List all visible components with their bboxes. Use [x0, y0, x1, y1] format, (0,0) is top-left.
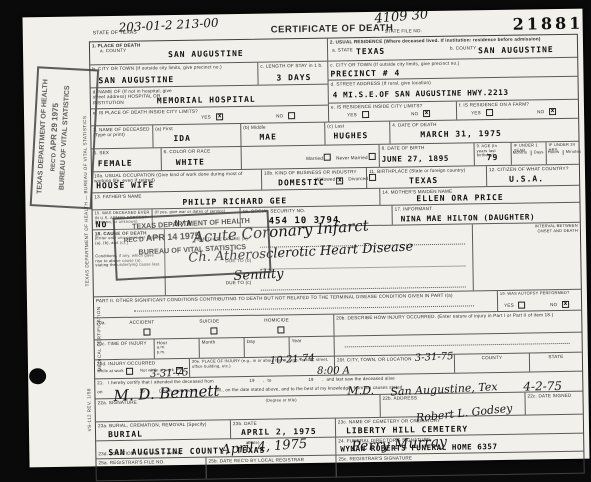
res-title: 2. USUAL RESIDENCE (Where deceased lived… [330, 36, 576, 45]
pod-yes-label: YES [201, 114, 211, 120]
business-label: 10b. KIND OF BUSINESS OR INDUSTRY [264, 169, 364, 176]
suicide-label: SUICIDE [199, 318, 219, 324]
homicide-checkbox [277, 326, 284, 333]
race-label: 6. COLOR OR RACE [164, 148, 239, 155]
minutes-label: Minutes [563, 150, 581, 155]
res-limits-yes-checkbox [362, 111, 369, 118]
accident-row-number: 20a. [96, 320, 106, 326]
burial-date-label: 23b. DATE [233, 420, 333, 427]
pm-label: p.m. [157, 350, 197, 355]
business-value: DOMESTIC [278, 178, 325, 188]
race-value: WHITE [176, 158, 205, 167]
res-limits-yes-label: YES [347, 112, 357, 118]
cause-b-line [260, 265, 465, 269]
birthplace-label: 11. BIRTHPLACE (State or foreign country… [369, 167, 484, 174]
married-checkbox [324, 154, 331, 161]
stamp-recd: REC'D [51, 153, 58, 172]
stamp-date: APR 14 1975 [146, 230, 200, 243]
res-street-label: d. STREET ADDRESS (If rural, give locati… [331, 78, 577, 87]
attended-to-handwritten: 3-31-75 [415, 351, 454, 364]
burial-type-label: 23a. BURIAL, CREMATION, REMOVAL (Specify… [98, 421, 228, 428]
res-state-label: a. STATE [332, 47, 353, 53]
res-farm-yes-checkbox [486, 109, 493, 116]
describe-injury-label: 20b. DESCRIBE HOW INJURY OCCURRED. (Ente… [336, 312, 579, 321]
place-of-death-section: 1. PLACE OF DEATH a. COUNTY SAN AUGUSTIN… [90, 39, 329, 126]
middle-name-label: (b) Middle [243, 124, 322, 131]
res-farm-no-checkbox: X [549, 108, 556, 115]
form-code: VS-112 REV. 1/58 [86, 371, 92, 431]
registrar-file-label: 25a. REGISTRAR'S FILE NO. [98, 459, 203, 466]
pod-no-label: NO [276, 113, 283, 119]
accident-label: ACCIDENT [129, 319, 154, 325]
birthplace-value: TEXAS [409, 176, 438, 185]
pod-city-label: b. CITY OR TOWN (If outside city limits,… [92, 64, 255, 72]
injury-county-label: COUNTY [457, 355, 527, 362]
pod-no-checkbox [288, 112, 295, 119]
part2-line [134, 305, 474, 311]
autopsy-yes-checkbox [518, 302, 525, 309]
res-county-value: SAN AUGUSTINE [478, 45, 554, 55]
sex-label: 5. SEX [94, 149, 159, 155]
last-alive-handwritten: 3-31-75 [150, 367, 189, 380]
cemetery-value: LIBERTY HILL CEMETERY [346, 424, 468, 435]
date-received-label: 25b. DATE REC'D BY LOCAL REGISTRAR [208, 457, 333, 464]
homicide-label: HOMICIDE [264, 317, 289, 323]
state-file-no-handwritten: 4109 30 [374, 7, 429, 27]
citizen-label: 12. CITIZEN OF WHAT COUNTRY? [489, 166, 577, 173]
received-stamp-middle: TEXAS DEPARTMENT OF HEALTH REC'D APR 14 … [113, 210, 272, 281]
pod-stay-value: 3 DAYS [276, 73, 311, 83]
death-time-handwritten: 8:00 A [317, 365, 350, 377]
date-of-death-label: 4. DATE OF DEATH [392, 120, 576, 128]
res-farm-yes-label: YES [471, 110, 481, 116]
dob-label: 8. DATE OF BIRTH [382, 144, 472, 151]
date-signed-label: 22c. DATE SIGNED [527, 393, 580, 399]
registrar-signature-label: 25c. REGISTRAR'S SIGNATURE [338, 453, 581, 462]
time-of-injury-label: 20c. TIME OF INJURY [97, 340, 152, 346]
interval-label2: ONSET AND DEATH [475, 228, 578, 234]
pod-stay-label: c. LENGTH OF STAY in 1 b. [260, 63, 325, 69]
father-value: PHILIP RICHARD GEE [182, 196, 287, 207]
res-limits-no-checkbox: X [423, 110, 430, 117]
mother-value: ELLEN ORA PRICE [416, 193, 503, 203]
res-street-value: 4 MI.S.E.OF SAN AUGUSTINE HWY.2213 [333, 88, 509, 100]
top-section: 1. PLACE OF DEATH a. COUNTY SAN AUGUSTIN… [90, 35, 578, 127]
pod-yes-checkbox: X [216, 113, 223, 120]
first-name-label: (a) First [155, 125, 238, 132]
autopsy-label: 19. WAS AUTOPSY PERFORMED? [500, 291, 579, 297]
pod-hospital-value: MEMORIAL HOSPITAL [157, 95, 256, 106]
name-label2: (Type or print) [93, 132, 150, 138]
file-code-handwritten: 203-01-2 213-00 [118, 16, 219, 35]
last-name-label: (c) Last [327, 123, 387, 129]
state-file-no-label: STATE FILE NO. [385, 28, 422, 34]
res-state-value: TEXAS [356, 47, 385, 56]
injury-state-label: STATE [532, 354, 580, 360]
last-name-value: HUGHES [333, 131, 368, 141]
date-signed-handwritten: 4-2-75 [523, 379, 562, 394]
occupation-value: HOUSE WIFE [96, 180, 154, 190]
days-label: Days [531, 150, 544, 155]
pod-city-value: SAN AUGUSTINE [98, 75, 174, 85]
months-label: Months [513, 151, 527, 156]
dob-value: JUNE 27, 1895 [382, 154, 449, 164]
never-married-label: Never Married [336, 155, 368, 160]
certificate-number: 21881 [513, 14, 584, 34]
day-label: Day [247, 338, 287, 344]
stamp-date: APR 29 1975 [49, 103, 61, 151]
res-farm-no-label: NO [537, 109, 544, 115]
never-married-checkbox [369, 153, 376, 160]
res-limits-no-label: NO [411, 111, 418, 117]
date-of-death-value: MARCH 31, 1975 [420, 129, 502, 139]
first-name-value: IDA [173, 134, 191, 143]
punch-hole [29, 368, 46, 384]
describe-injury-line [345, 343, 570, 348]
injury-occurred-label: 20d. INJURY OCCURRED [97, 360, 187, 367]
degree-label: (Degree or title) [266, 398, 297, 403]
res-city-value: PRECINCT # 4 [330, 69, 400, 79]
year-label: Year [292, 338, 332, 344]
res-limits-label: e. IS RESIDENCE INSIDE CITY LIMITS? [331, 103, 454, 110]
degree-handwritten: M.D. [347, 384, 374, 397]
age-value: 79 [487, 153, 499, 162]
death-certificate-scan: STATE OF TEXAS 203-01-2 213-00 CERTIFICA… [23, 9, 590, 468]
pod-county-value: SAN AUGUSTINE [168, 49, 244, 59]
autopsy-yes-label: YES [504, 303, 514, 309]
usual-residence-section: 2. USUAL RESIDENCE (Where deceased lived… [328, 35, 579, 122]
while-at-work-label: While at work [97, 369, 124, 374]
res-farm-label: f. IS RESIDENCE ON A FARM? [459, 101, 577, 108]
suicide-checkbox [210, 327, 217, 334]
accident-checkbox [143, 328, 150, 335]
res-county-label: b. COUNTY [450, 45, 476, 51]
burial-date-value: APRIL 2, 1975 [241, 427, 317, 437]
autopsy-no-label: NO [550, 302, 557, 308]
month-label: Month [202, 339, 242, 345]
citizen-value: U.S.A. [509, 174, 544, 184]
stamp-recd: REC'D [124, 236, 144, 244]
autopsy-no-checkbox: X [562, 301, 569, 308]
informant-value: NINA MAE HILTON (DAUGHTER) [401, 212, 536, 223]
middle-name-value: MAE [259, 132, 277, 141]
cause-c-line [261, 286, 466, 290]
res-city-label: c. CITY OR TOWN (If outside city limits,… [330, 59, 576, 68]
informant-label: 17. INFORMANT [395, 204, 578, 212]
burial-type-value: BURIAL [108, 430, 143, 440]
sex-value: FEMALE [98, 159, 133, 169]
married-label: Married [306, 156, 323, 161]
hours-label: Hours [548, 150, 560, 155]
armed-forces-value: NO [96, 220, 108, 229]
while-at-work-checkbox [126, 368, 133, 375]
